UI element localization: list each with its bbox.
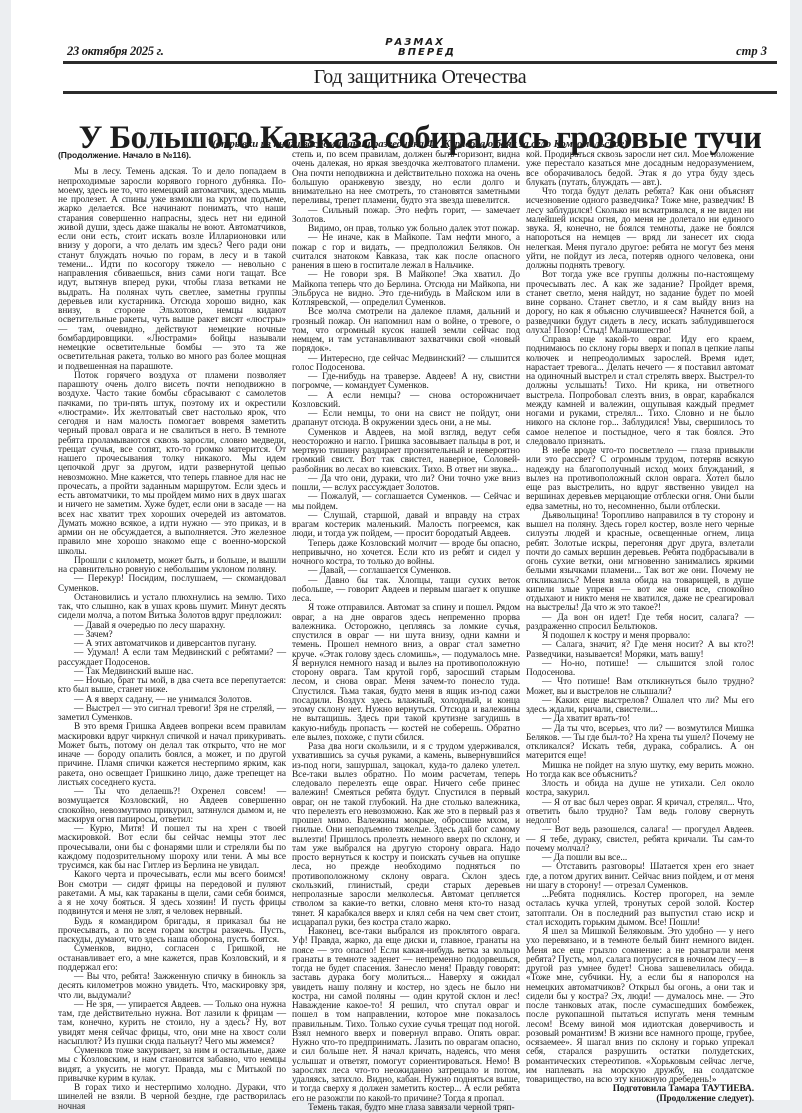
paragraph: — Удумал! А если там Медвинский с ребята… bbox=[58, 649, 286, 668]
paragraph: Теперь даже Козловский молчит — вроде бы… bbox=[292, 540, 520, 568]
paragraph: — Ночью, брат ты мой, в два счета все пе… bbox=[58, 677, 286, 696]
paragraph: — Салага, значит, я? Где меня носит? А в… bbox=[526, 641, 754, 660]
paragraph: — Слушай, старшой, давай и вправду на ст… bbox=[292, 512, 520, 540]
column-3: кой. Продираться сквозь заросли нет сил.… bbox=[526, 151, 754, 1100]
paragraph: — Не говори зря. В Майкопе! Эка хватил. … bbox=[292, 271, 520, 308]
paragraph: Что тогда будут делать ребята? Как они о… bbox=[526, 188, 754, 271]
paragraph: Мишка не пойдет на злую шутку, ему верит… bbox=[526, 762, 754, 781]
column-2: степь и, по всем правилам, должен быть г… bbox=[292, 151, 520, 1100]
paragraph: кой. Продираться сквозь заросли нет сил.… bbox=[526, 151, 754, 188]
logo-line-2: ВПЕРЕД bbox=[394, 48, 460, 58]
paragraph: В это время Гришка Авдеев вопреки всем п… bbox=[58, 723, 286, 788]
paragraph: — Да ты что, всерьез, что ли? — возмутил… bbox=[526, 725, 754, 762]
paragraph: — Перекур! Посидим, послушаем, — скоманд… bbox=[58, 575, 286, 594]
to-be-continued: (Продолжение следует). bbox=[526, 1095, 754, 1101]
paragraph: Вот тогда уже все группы должны по-насто… bbox=[526, 271, 754, 336]
column-1: (Продолжение. Начало в №116). Мы в лесу.… bbox=[58, 151, 286, 1100]
paragraph: — Курю, Митя! И пошел ты на хрен с твоей… bbox=[58, 825, 286, 871]
paragraph: Поток горячего воздуха от пламени позвол… bbox=[58, 372, 286, 557]
paragraph: — Вот ведь разошелся, салага! — прогудел… bbox=[526, 826, 754, 854]
paragraph: В небе вроде что-то посветлело — глаза п… bbox=[526, 447, 754, 512]
paragraph: — Я от вас был через овраг. Я кричал, ст… bbox=[526, 799, 754, 827]
paragraph: Прошли с километр, может быть, и больше,… bbox=[58, 557, 286, 576]
paragraph: степь и, по всем правилам, должен быть г… bbox=[292, 151, 520, 207]
paragraph: — Но-но, потише! — слышится злой голос П… bbox=[526, 660, 754, 679]
paragraph: — Пожалуй, — соглашается Суменков. — Сей… bbox=[292, 493, 520, 512]
paragraph: — Вы что, ребята! Зажженную спичку в бин… bbox=[58, 973, 286, 1001]
article-body: (Продолжение. Начало в №116). Мы в лесу.… bbox=[58, 151, 772, 1100]
paragraph: — Выстрел — это сигнал тревоги! Зря не с… bbox=[58, 705, 286, 724]
paragraph: Суменков тоже закуривает, за ним и остал… bbox=[58, 1047, 286, 1084]
paragraph: В горах тихо и нестерпимо холодно. Дурак… bbox=[58, 1084, 286, 1100]
paragraph: — Ты что делаешь?! Охренел совсем! — воз… bbox=[58, 788, 286, 825]
paragraph: — Не иначе, как в Майкопе. Там нефти мно… bbox=[292, 234, 520, 271]
paragraph: Суменков и Авдеев, на мой взгляд, ведут … bbox=[292, 429, 520, 475]
paragraph: — Давно бы так. Хлопцы, тащи сухих веток… bbox=[292, 577, 520, 605]
continuation-note: (Продолжение. Начало в №116). bbox=[58, 151, 286, 160]
page-number: стр 3 bbox=[736, 44, 767, 59]
paragraph: — Сильный пожар. Это нефть горит, — заме… bbox=[292, 207, 520, 226]
paragraph: — Не зря, — упирается Авдеев. — Только о… bbox=[58, 1001, 286, 1047]
newspaper-page: 23 октября 2025 г. РАЗМАХ ВПЕРЕД стр 3 Г… bbox=[11, 0, 790, 1100]
paragraph: Я шел за Мишкой Беляковым. Это удобно — … bbox=[526, 928, 754, 1085]
section-rule bbox=[63, 91, 777, 94]
paragraph: Злость и обида на душе не утихали. Сел о… bbox=[526, 780, 754, 799]
issue-date: 23 октября 2025 г. bbox=[67, 44, 164, 59]
paragraph: Мы в лесу. Темень адская. То и дело попа… bbox=[58, 168, 286, 372]
paragraph: ...Ребята поднялись. Костер прогорел, на… bbox=[526, 891, 754, 928]
paragraph: — Что потише! Вам откликнуться было труд… bbox=[526, 678, 754, 697]
header-rule bbox=[63, 61, 777, 64]
paragraph: Справа еще какой-то овраг. Иду его краем… bbox=[526, 336, 754, 447]
paragraph: Какого черта и прочесывать, если мы всег… bbox=[58, 871, 286, 917]
section-title: Год защитника Отечества bbox=[63, 66, 777, 88]
paragraph: — Интересно, где сейчас Медвинский? — сл… bbox=[292, 355, 520, 374]
paragraph: — Отставить разговоры! Шатается хрен его… bbox=[526, 863, 754, 891]
paragraph: — Если немцы, то они на свист не пойдут,… bbox=[292, 410, 520, 429]
newspaper-logo: РАЗМАХ ВПЕРЕД bbox=[380, 38, 460, 58]
paragraph: Суменков, видно, согласен с Гришкой, не … bbox=[58, 945, 286, 973]
paragraph: Я тоже отправился. Автомат за спину и по… bbox=[292, 604, 520, 743]
paragraph: — Да что они, дураки, что ли? Они точно … bbox=[292, 475, 520, 494]
paragraph: Все молча смотрели на далекое пламя, дал… bbox=[292, 308, 520, 354]
paragraph: — Где-нибудь на траверзе. Авдеев! А ну, … bbox=[292, 373, 520, 392]
paragraph: Дьявольщина! Торопливо направился в ту с… bbox=[526, 512, 754, 614]
paragraph: Наконец, все-таки выбрался из проклятого… bbox=[292, 928, 520, 1100]
paragraph: — Да вон он идет! Где тебя носит, салага… bbox=[526, 614, 754, 633]
article-subtitle: (отрывки из книги воспоминаний разведчик… bbox=[63, 138, 777, 150]
paragraph: — Каких еще выстрелов? Ошалел что ли? Мы… bbox=[526, 697, 754, 716]
paragraph: Раза два ноги скользили, и я с трудом уд… bbox=[292, 743, 520, 928]
paragraph: — А если немцы? — снова осторожничает Ко… bbox=[292, 392, 520, 411]
paragraph: Будь я командиром бригады, я приказал бы… bbox=[58, 918, 286, 946]
paragraph: Остановились и устало плюхнулись на земл… bbox=[58, 594, 286, 622]
